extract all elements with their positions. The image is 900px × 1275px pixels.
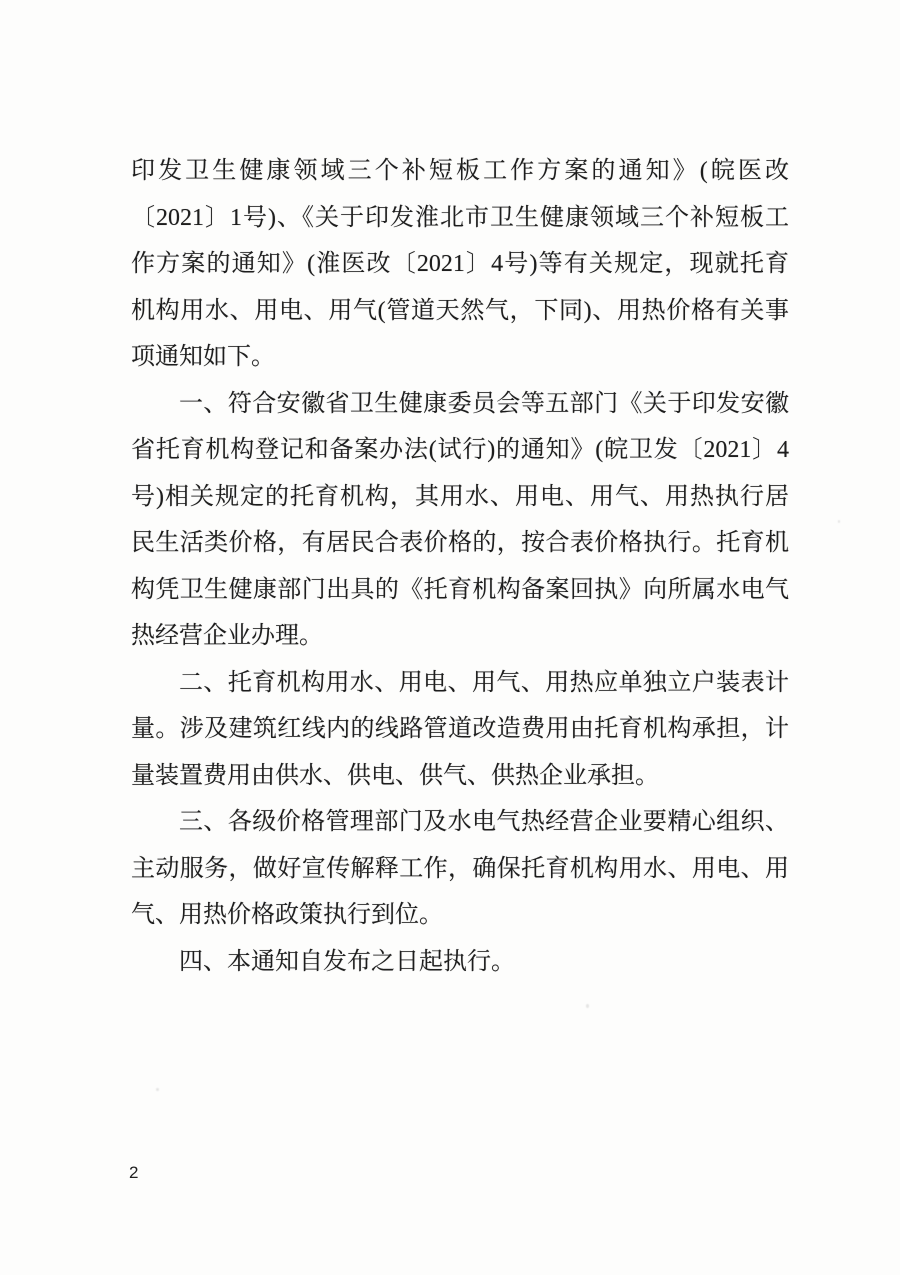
text-line: 民生活类价格，有居民合表价格的，按合表价格执行。托育机 bbox=[131, 520, 789, 567]
scan-artifact bbox=[156, 1088, 159, 1091]
text-line: 二、托育机构用水、用电、用气、用热应单独立户装表计 bbox=[131, 660, 789, 707]
text-line: 机构用水、用电、用气(管道天然气，下同)、用热价格有关事 bbox=[131, 288, 789, 335]
text-line: 作方案的通知》(淮医改〔2021〕4号)等有关规定，现就托育 bbox=[131, 241, 789, 288]
scan-artifact bbox=[421, 592, 424, 595]
text-line: 〔2021〕1号)、《关于印发淮北市卫生健康领域三个补短板工 bbox=[131, 195, 789, 242]
text-line: 三、各级价格管理部门及水电气热经营企业要精心组织、 bbox=[131, 799, 789, 846]
text-line: 气、用热价格政策执行到位。 bbox=[131, 892, 789, 939]
text-line: 号)相关规定的托育机构，其用水、用电、用气、用热执行居 bbox=[131, 474, 789, 521]
scan-artifact bbox=[838, 520, 840, 523]
text-line: 四、本通知自发布之日起执行。 bbox=[131, 939, 789, 986]
text-line: 一、符合安徽省卫生健康委员会等五部门《关于印发安徽 bbox=[131, 381, 789, 428]
text-line: 项通知如下。 bbox=[131, 334, 789, 381]
scanned-document-page: 印发卫生健康领域三个补短板工作方案的通知》(皖医改 〔2021〕1号)、《关于印… bbox=[0, 0, 900, 1275]
text-line: 构凭卫生健康部门出具的《托育机构备案回执》向所属水电气 bbox=[131, 567, 789, 614]
text-line: 省托育机构登记和备案办法(试行)的通知》(皖卫发〔2021〕4 bbox=[131, 427, 789, 474]
scan-artifact bbox=[586, 1004, 589, 1008]
document-body: 印发卫生健康领域三个补短板工作方案的通知》(皖医改 〔2021〕1号)、《关于印… bbox=[131, 148, 789, 985]
text-line: 热经营企业办理。 bbox=[131, 613, 789, 660]
text-line: 主动服务，做好宣传解释工作，确保托育机构用水、用电、用 bbox=[131, 846, 789, 893]
text-line: 量装置费用由供水、供电、供气、供热企业承担。 bbox=[131, 753, 789, 800]
text-line: 印发卫生健康领域三个补短板工作方案的通知》(皖医改 bbox=[131, 148, 789, 195]
page-number: 2 bbox=[129, 1162, 138, 1184]
text-line: 量。涉及建筑红线内的线路管道改造费用由托育机构承担，计 bbox=[131, 706, 789, 753]
